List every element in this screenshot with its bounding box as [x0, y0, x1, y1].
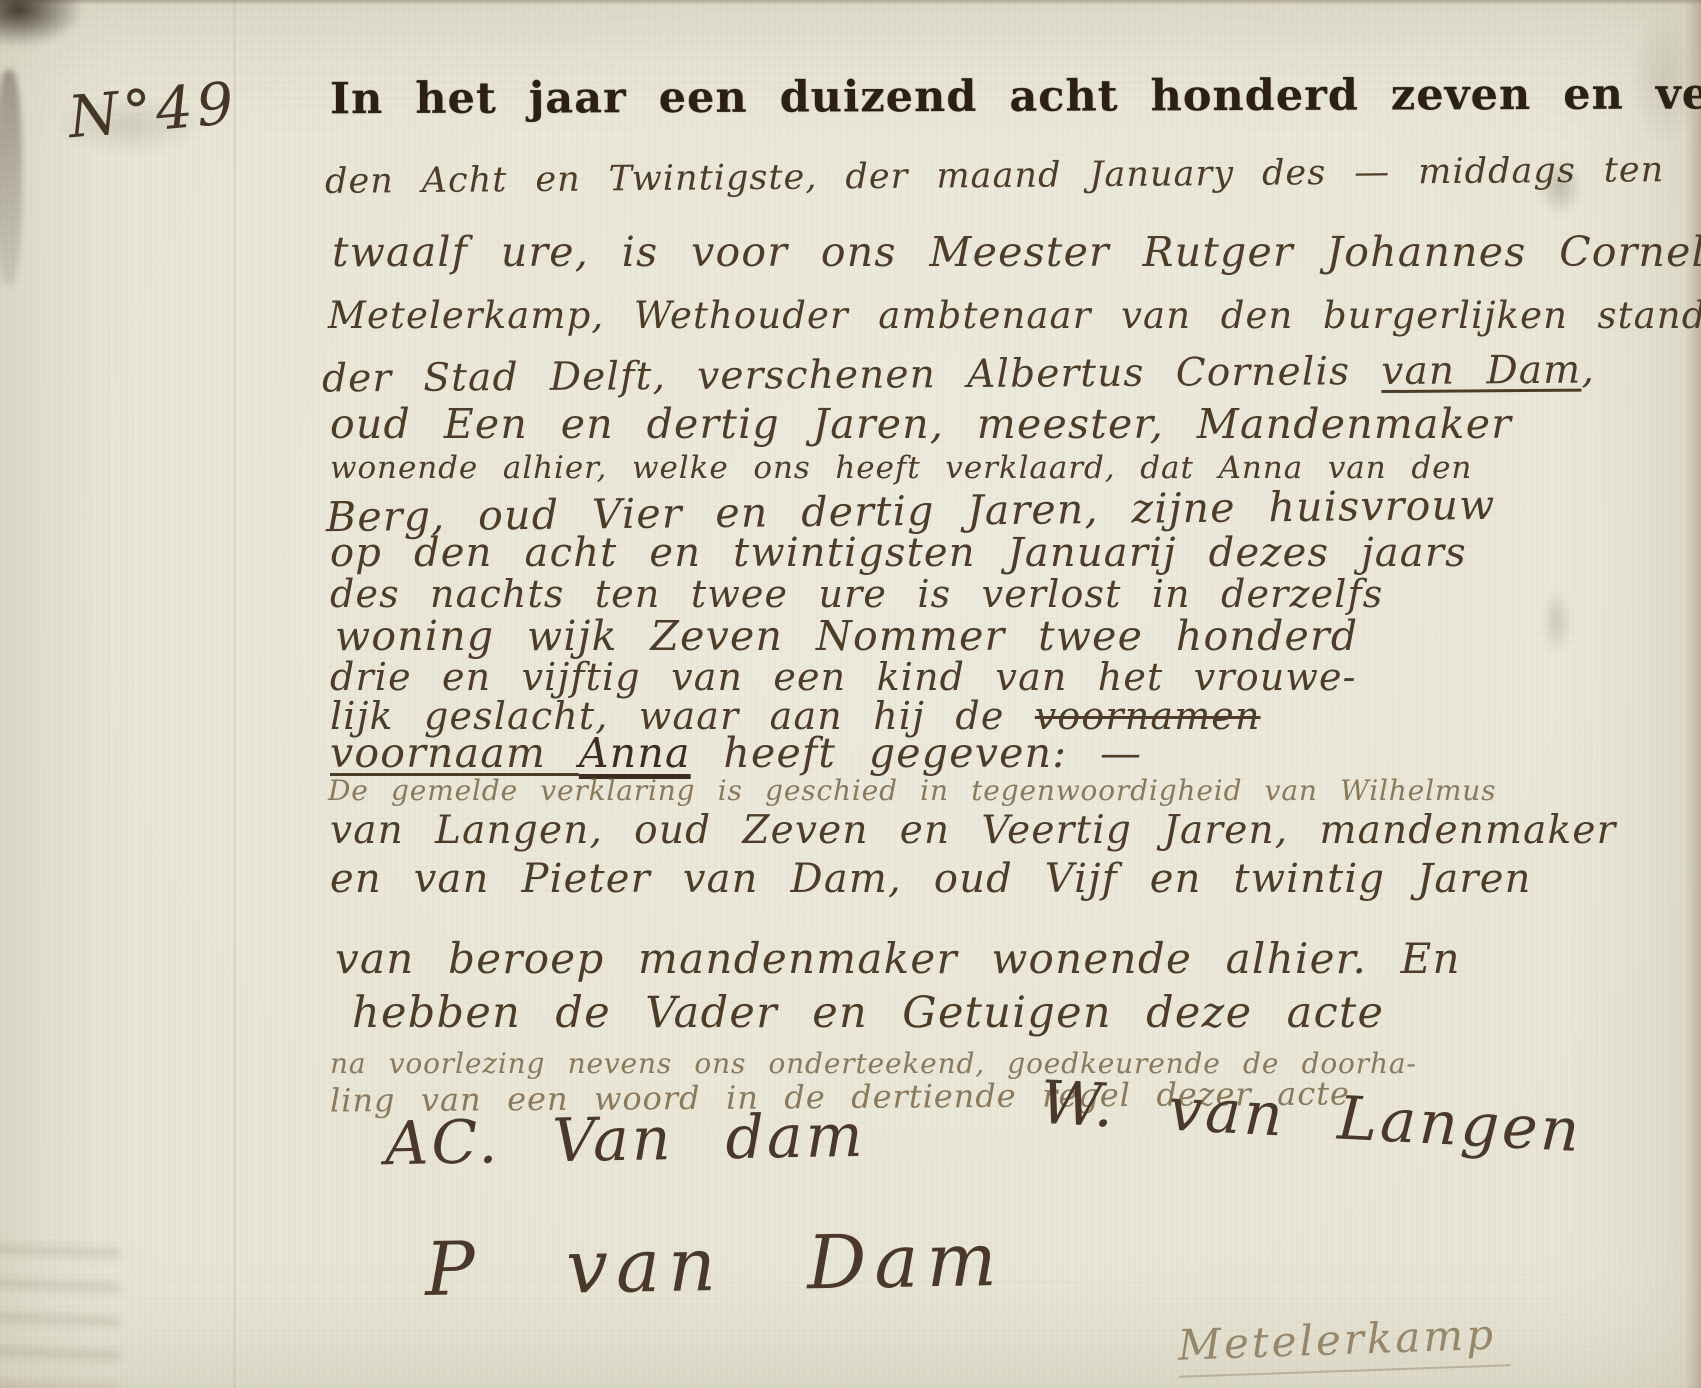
text-segment: Anna	[579, 729, 691, 777]
bleedthrough-mark	[0, 70, 22, 285]
text-segment: twaalf ure, is voor ons Meester Rutger J…	[332, 228, 1701, 276]
text-segment: De gemelde verklaring is geschied in teg…	[328, 774, 1496, 807]
scanned-birth-record-page: N°49 In het jaar een duizend acht honder…	[0, 0, 1701, 1388]
document-line: des nachts ten twee ure is verlost in de…	[330, 572, 1383, 616]
document-line: van beroep mandenmaker wonende alhier. E…	[335, 934, 1461, 983]
document-line: wonende alhier, welke ons heeft verklaar…	[330, 450, 1472, 486]
text-segment: woning wijk Zeven Nommer twee honderd	[335, 612, 1358, 660]
document-line: hebben de Vader en Getuigen deze acte	[352, 988, 1384, 1038]
paper-top-edge-shadow	[0, 0, 1701, 5]
text-segment: oud Een en dertig Jaren, meester, Manden…	[330, 400, 1512, 448]
document-line: van Langen, oud Zeven en Veertig Jaren, …	[330, 808, 1616, 853]
text-segment: voornaam	[330, 729, 579, 777]
document-line: en van Pieter van Dam, oud Vijf en twint…	[330, 856, 1532, 902]
record-number: N°49	[65, 69, 240, 152]
text-segment: Metelerkamp, Wethouder ambtenaar van den…	[328, 294, 1701, 337]
ink-blot	[0, 0, 89, 50]
document-line: op den acht en twintigsten Januarij deze…	[330, 530, 1467, 576]
margin-fold-line	[233, 0, 236, 1388]
text-segment: drie en vijftig van een kind van het vro…	[330, 655, 1357, 699]
signature-witness-2: P van Dam	[424, 1217, 1005, 1313]
text-segment: heeft gegeven: —	[691, 729, 1143, 777]
text-segment: ,	[1581, 348, 1595, 393]
text-segment: van Dam	[1381, 348, 1581, 394]
document-line: voornaam Anna heeft gegeven: —	[330, 729, 1142, 777]
bleedthrough-mark	[1542, 588, 1572, 654]
document-line: drie en vijftig van een kind van het vro…	[330, 655, 1357, 699]
document-line: De gemelde verklaring is geschied in teg…	[328, 774, 1496, 807]
document-line: der Stad Delft, verschenen Albertus Corn…	[322, 348, 1595, 402]
text-segment: hebben de Vader en Getuigen deze acte	[352, 988, 1384, 1038]
text-segment: des nachts ten twee ure is verlost in de…	[330, 572, 1383, 616]
signature-father: AC. Van dam	[384, 1101, 866, 1179]
document-line: den Acht en Twintigste, der maand Januar…	[325, 150, 1665, 202]
text-segment: van beroep mandenmaker wonende alhier. E…	[335, 934, 1461, 983]
record-number-prefix: N°	[65, 76, 158, 151]
document-line: woning wijk Zeven Nommer twee honderd	[335, 612, 1358, 660]
text-segment: van Langen, oud Zeven en Veertig Jaren, …	[330, 808, 1616, 853]
text-segment: en van Pieter van Dam, oud Vijf en twint…	[330, 856, 1532, 902]
signature-official: Metelerkamp	[1177, 1309, 1511, 1378]
text-segment: der Stad Delft, verschenen Albertus Corn…	[322, 349, 1382, 401]
signature-witness-1: W. van Langen	[1039, 1068, 1584, 1166]
record-number-value: 49	[153, 69, 240, 144]
document-line: oud Een en dertig Jaren, meester, Manden…	[330, 400, 1512, 448]
text-segment: den Acht en Twintigste, der maand Januar…	[325, 150, 1665, 202]
text-segment: op den acht en twintigsten Januarij deze…	[330, 530, 1467, 576]
bleedthrough-mark	[0, 1225, 120, 1388]
paper-right-edge-shadow	[1685, 0, 1701, 1388]
document-line: Metelerkamp, Wethouder ambtenaar van den…	[328, 294, 1701, 337]
text-segment: wonende alhier, welke ons heeft verklaar…	[330, 450, 1472, 486]
year-header: In het jaar een duizend acht honderd zev…	[330, 70, 1590, 124]
document-line: twaalf ure, is voor ons Meester Rutger J…	[332, 228, 1701, 276]
